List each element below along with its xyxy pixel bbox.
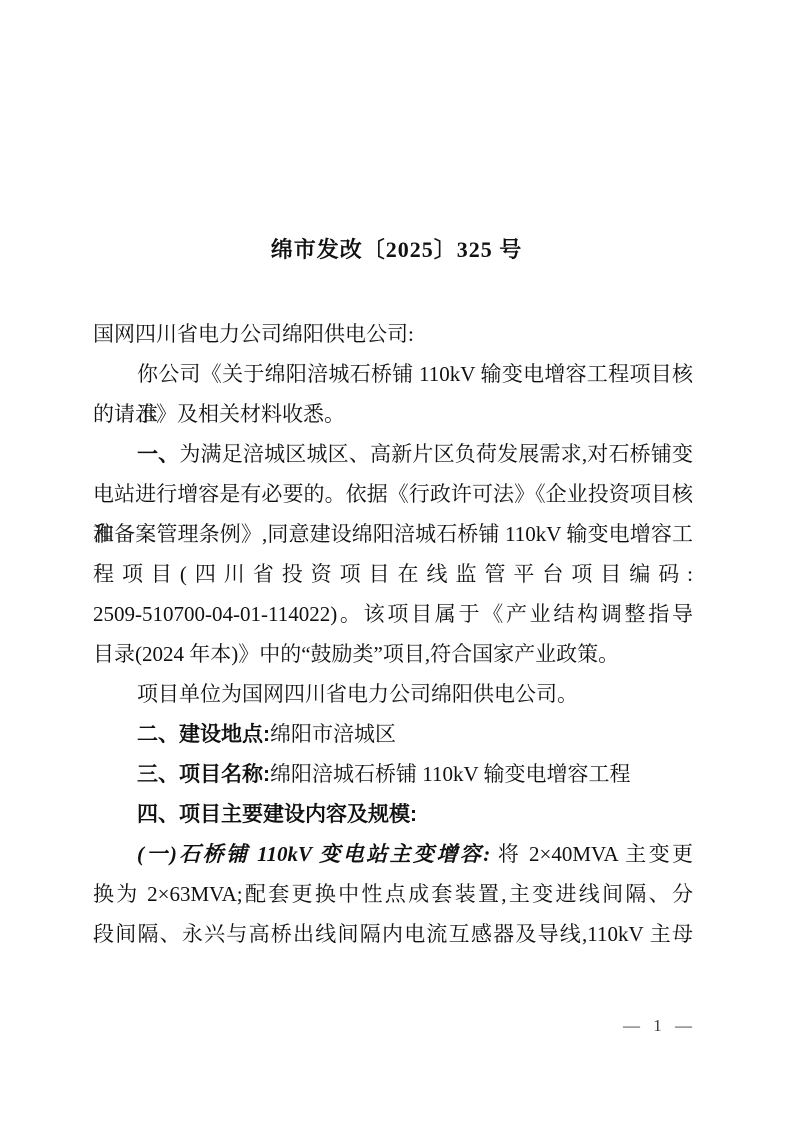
section-heading-bold: 四、项目主要建设内容及规模: bbox=[137, 803, 417, 826]
section-three-line: 三、项目名称:绵阳涪城石桥铺 110kV 输变电增容工程 bbox=[93, 754, 693, 794]
section-two-line: 二、建设地点:绵阳市涪城区 bbox=[93, 714, 693, 754]
doc-reference-number: 绵市发改〔2025〕325 号 bbox=[0, 233, 793, 267]
section-one-line: 一、为满足涪城区城区、高新片区负荷发展需求,对石桥铺变 bbox=[93, 434, 693, 474]
line-text: 和备案管理条例》,同意建设绵阳涪城石桥铺 110kV 输变电增容工 bbox=[93, 522, 693, 546]
body-line: 你公司《关于绵阳涪城石桥铺 110kV 输变电增容工程项目核准 bbox=[93, 354, 693, 394]
section-number-bold: 一、 bbox=[137, 443, 179, 466]
line-text: 绵阳涪城石桥铺 110kV 输变电增容工程 bbox=[270, 762, 631, 786]
line-text: 2509-510700-04-01-114022)。该项目属于《产业结构调整指导 bbox=[93, 602, 693, 626]
document-body: 国网四川省电力公司绵阳供电公司: 你公司《关于绵阳涪城石桥铺 110kV 输变电… bbox=[93, 314, 693, 954]
line-text: 目录(2024 年本)》中的“鼓励类”项目,符合国家产业政策。 bbox=[93, 642, 619, 666]
line-text: 项目单位为国网四川省电力公司绵阳供电公司。 bbox=[137, 682, 578, 706]
line-text: 的请示》及相关材料收悉。 bbox=[93, 402, 345, 426]
body-line: 目录(2024 年本)》中的“鼓励类”项目,符合国家产业政策。 bbox=[93, 634, 693, 674]
document-page: 绵市发改〔2025〕325 号 国网四川省电力公司绵阳供电公司: 你公司《关于绵… bbox=[0, 0, 793, 1122]
recipient-line: 国网四川省电力公司绵阳供电公司: bbox=[93, 314, 693, 354]
line-text: 为满足涪城区城区、高新片区负荷发展需求,对石桥铺变 bbox=[179, 442, 693, 466]
subsection-heading-bold: (一)石桥铺 110kV 变电站主变增容: bbox=[137, 842, 490, 866]
body-line: 段间隔、永兴与高桥出线间隔内电流互感器及导线,110kV 主母 bbox=[93, 914, 693, 954]
body-line: 项目单位为国网四川省电力公司绵阳供电公司。 bbox=[93, 674, 693, 714]
subsection-one-line: (一)石桥铺 110kV 变电站主变增容: 将 2×40MVA 主变更 bbox=[93, 834, 693, 874]
line-text: 换为 2×63MVA;配套更换中性点成套装置,主变进线间隔、分 bbox=[93, 882, 693, 906]
line-text: 程项目(四川省投资项目在线监管平台项目编码: bbox=[93, 562, 693, 586]
body-line: 程项目(四川省投资项目在线监管平台项目编码: bbox=[93, 554, 693, 594]
section-four-line: 四、项目主要建设内容及规模: bbox=[93, 794, 693, 834]
line-text: 绵阳市涪城区 bbox=[270, 722, 396, 746]
body-line: 换为 2×63MVA;配套更换中性点成套装置,主变进线间隔、分 bbox=[93, 874, 693, 914]
body-line: 的请示》及相关材料收悉。 bbox=[93, 394, 693, 434]
body-line: 电站进行增容是有必要的。依据《行政许可法》《企业投资项目核准 bbox=[93, 474, 693, 514]
line-text: 将 2×40MVA 主变更 bbox=[490, 842, 693, 866]
line-text: 段间隔、永兴与高桥出线间隔内电流互感器及导线,110kV 主母 bbox=[93, 922, 693, 946]
line-text: 国网四川省电力公司绵阳供电公司: bbox=[93, 322, 414, 346]
section-heading-bold: 三、项目名称: bbox=[137, 763, 270, 786]
page-number: — 1 — bbox=[623, 1014, 692, 1038]
project-code-line: 2509-510700-04-01-114022)。该项目属于《产业结构调整指导 bbox=[93, 594, 693, 634]
body-line: 和备案管理条例》,同意建设绵阳涪城石桥铺 110kV 输变电增容工 bbox=[93, 514, 693, 554]
section-heading-bold: 二、建设地点: bbox=[137, 723, 270, 746]
